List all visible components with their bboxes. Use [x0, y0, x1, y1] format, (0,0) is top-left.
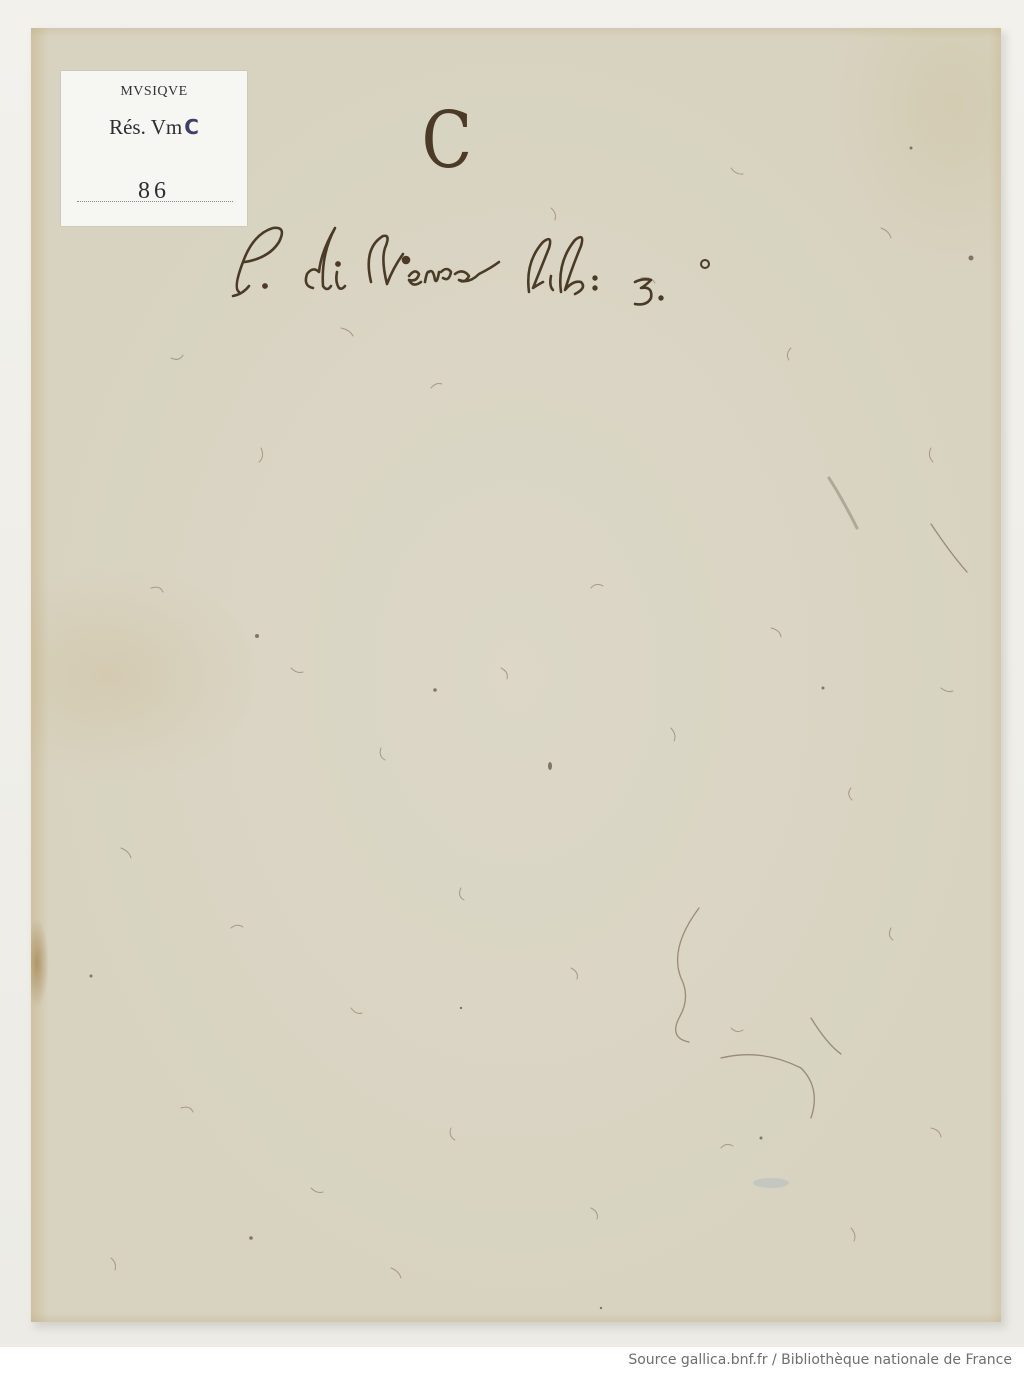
handwritten-letter: C [421, 102, 472, 180]
shelfmark-stamp: C [184, 115, 199, 139]
label-shelfmark: Rés. VmC [61, 115, 247, 140]
source-footer: Source gallica.bnf.fr / Bibliothèque nat… [0, 1347, 1024, 1377]
binding-stain [31, 918, 49, 1008]
source-attribution: Source gallica.bnf.fr / Bibliothèque nat… [628, 1352, 1012, 1368]
manuscript-cover-page: MVSIQVE Rés. VmC 86 C P. di Venosa lib: … [31, 28, 1001, 1322]
document-viewer: MVSIQVE Rés. VmC 86 C P. di Venosa lib: … [0, 0, 1024, 1347]
library-shelfmark-label: MVSIQVE Rés. VmC 86 [61, 71, 247, 226]
shelfmark-prefix: Rés. Vm [109, 115, 182, 139]
handwritten-title: P. di Venosa lib: 3.° [209, 214, 729, 314]
label-dotted-line [77, 201, 233, 202]
label-department: MVSIQVE [61, 84, 247, 100]
